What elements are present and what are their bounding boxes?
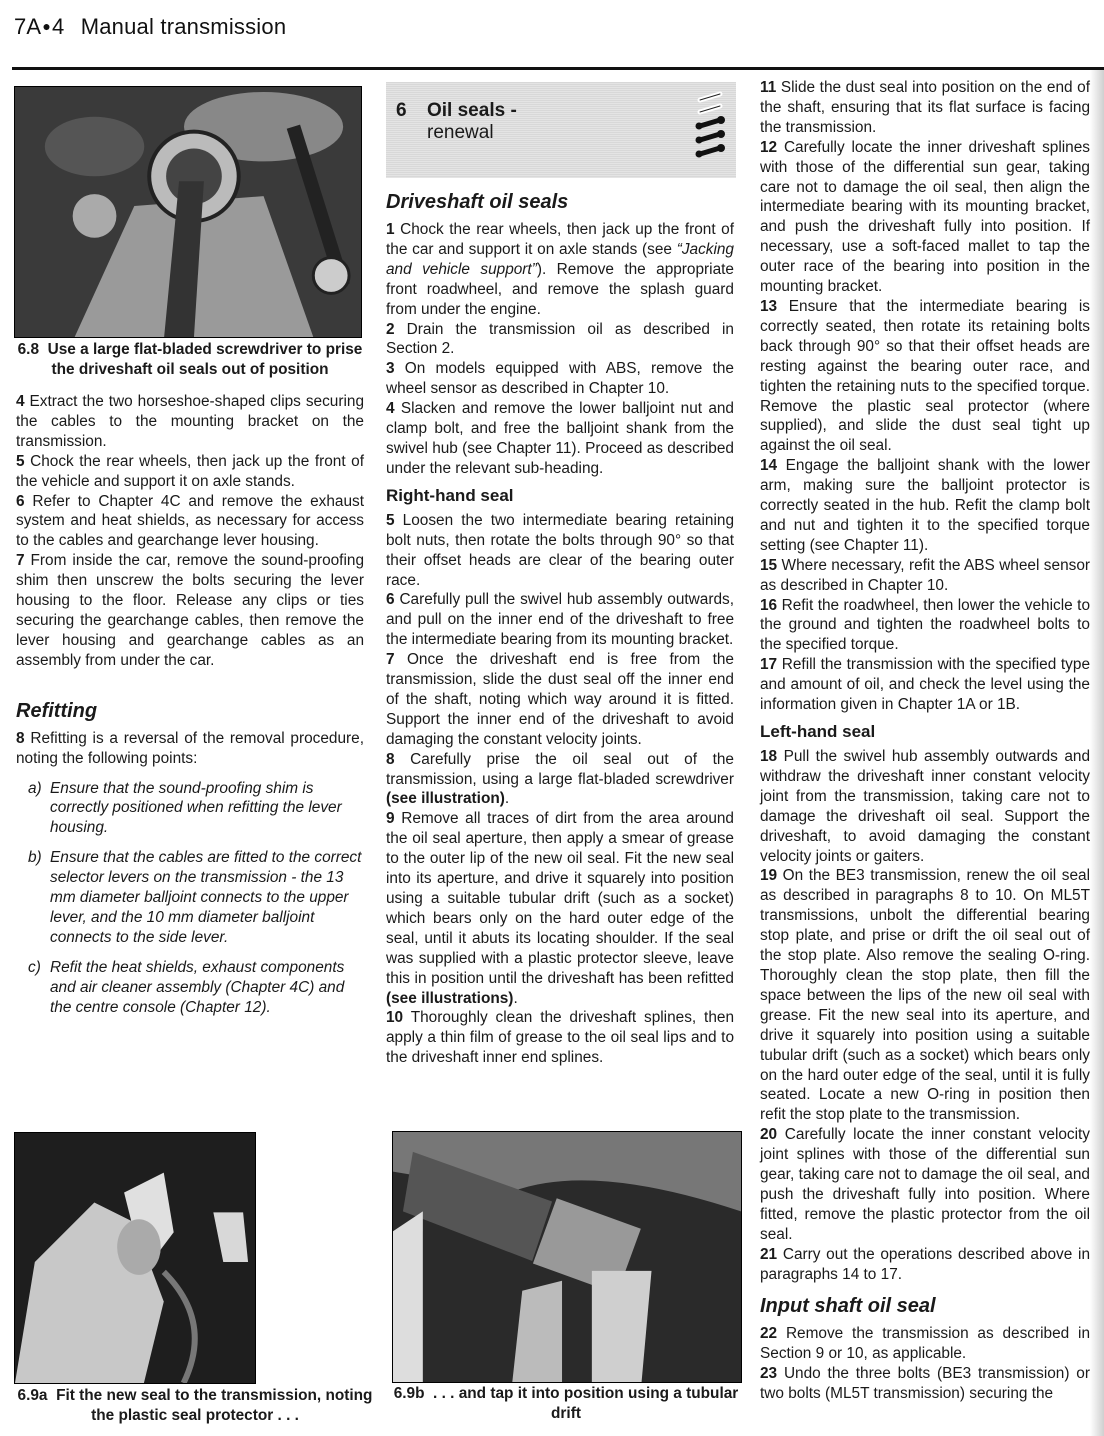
section-header-box: 6 Oil seals - renewal	[386, 82, 736, 178]
page-header: 7A●4 Manual transmission	[14, 14, 286, 40]
paragraph-7: 7 From inside the car, remove the sound-…	[16, 551, 364, 670]
paragraph-18: 18 Pull the swivel hub assembly outwards…	[760, 747, 1090, 866]
middle-column: Driveshaft oil seals 1 Chock the rear wh…	[386, 222, 734, 1068]
header-rule	[12, 67, 1104, 70]
paragraph-9: 9 Remove all traces of dirt from the are…	[386, 809, 734, 1008]
list-item-a: a)Ensure that the sound-proofing shim is…	[28, 779, 364, 839]
section-subtitle: renewal	[427, 122, 494, 144]
bullet-separator: ●	[42, 18, 51, 34]
paragraph-15: 15 Where necessary, refit the ABS wheel …	[760, 556, 1090, 596]
figure-caption-6-9b: 6.9b . . . and tap it into position usin…	[386, 1384, 746, 1424]
chapter-number: 7A	[14, 14, 41, 39]
illustrations-reference[interactable]: (see illustrations)	[386, 990, 513, 1007]
paragraph-2: 2 Drain the transmission oil as describe…	[386, 320, 734, 360]
paragraph-21: 21 Carry out the operations described ab…	[760, 1245, 1090, 1285]
paragraph-3: 3 On models equipped with ABS, remove th…	[386, 359, 734, 399]
paragraph-7-mid: 7 Once the driveshaft end is free from t…	[386, 650, 734, 750]
paragraph-16: 16 Refit the roadwheel, then lower the v…	[760, 596, 1090, 656]
photo-fig-6-9a	[14, 1132, 256, 1384]
paragraph-5: 5 Chock the rear wheels, then jack up th…	[16, 452, 364, 492]
section-title: Oil seals -	[427, 100, 517, 122]
page-edge-shadow	[1090, 70, 1104, 1436]
paragraph-22: 22 Remove the transmission as described …	[760, 1324, 1090, 1364]
paragraph-4-mid: 4 Slacken and remove the lower balljoint…	[386, 399, 734, 479]
list-item-c: c)Refit the heat shields, exhaust compon…	[28, 958, 364, 1018]
paragraph-4: 4 Extract the two horseshoe-shaped clips…	[16, 392, 364, 452]
chapter-title: Manual transmission	[81, 14, 287, 39]
paragraph-8: 8 Refitting is a reversal of the removal…	[16, 729, 364, 769]
figure-number: 6.9b	[394, 1385, 425, 1402]
wrench-rating-icon	[694, 90, 726, 164]
paragraph-14: 14 Engage the balljoint shank with the l…	[760, 456, 1090, 556]
left-hand-seal-heading: Left-hand seal	[760, 721, 1090, 743]
paragraph-8-mid: 8 Carefully prise the oil seal out of th…	[386, 750, 734, 810]
refitting-points-list: a)Ensure that the sound-proofing shim is…	[16, 779, 364, 1018]
figure-caption-6-8: 6.8 Use a large flat-bladed screwdriver …	[14, 340, 366, 380]
paragraph-17: 17 Refill the transmission with the spec…	[760, 655, 1090, 715]
page-number: 4	[52, 14, 64, 39]
paragraph-6: 6 Refer to Chapter 4C and remove the exh…	[16, 492, 364, 552]
paragraph-11: 11 Slide the dust seal into position on …	[760, 78, 1090, 138]
figure-number: 6.9a	[18, 1387, 48, 1404]
paragraph-20: 20 Carefully locate the inner constant v…	[760, 1125, 1090, 1244]
right-hand-seal-heading: Right-hand seal	[386, 485, 734, 507]
paragraph-12: 12 Carefully locate the inner driveshaft…	[760, 138, 1090, 297]
figure-caption-6-9a: 6.9a Fit the new seal to the transmissio…	[14, 1386, 376, 1426]
paragraph-10: 10 Thoroughly clean the driveshaft splin…	[386, 1008, 734, 1068]
left-column: 4 Extract the two horseshoe-shaped clips…	[16, 392, 364, 1027]
paragraph-6-mid: 6 Carefully pull the swivel hub assembly…	[386, 590, 734, 650]
paragraph-19: 19 On the BE3 transmission, renew the oi…	[760, 866, 1090, 1125]
list-item-b: b)Ensure that the cables are fitted to t…	[28, 848, 364, 948]
paragraph-5-mid: 5 Loosen the two intermediate bearing re…	[386, 511, 734, 591]
paragraph-13: 13 Ensure that the intermediate bearing …	[760, 297, 1090, 456]
photo-fig-6-9b	[392, 1131, 742, 1383]
figure-caption-text: Fit the new seal to the transmission, no…	[56, 1387, 372, 1424]
refitting-heading: Refitting	[16, 699, 364, 723]
illustration-reference[interactable]: (see illustration)	[386, 790, 505, 807]
figure-caption-text: Use a large flat-bladed screwdriver to p…	[48, 341, 363, 378]
driveshaft-oil-seals-heading: Driveshaft oil seals	[386, 190, 734, 214]
figure-number: 6.8	[18, 341, 39, 358]
photo-fig-6-8	[14, 86, 362, 338]
paragraph-23: 23 Undo the three bolts (BE3 transmissio…	[760, 1364, 1090, 1404]
right-column: 11 Slide the dust seal into position on …	[760, 78, 1090, 1404]
paragraph-1: 1 Chock the rear wheels, then jack up th…	[386, 220, 734, 320]
section-number: 6	[396, 100, 407, 122]
figure-caption-text: . . . and tap it into position using a t…	[433, 1385, 738, 1422]
input-shaft-oil-seal-heading: Input shaft oil seal	[760, 1294, 1090, 1318]
